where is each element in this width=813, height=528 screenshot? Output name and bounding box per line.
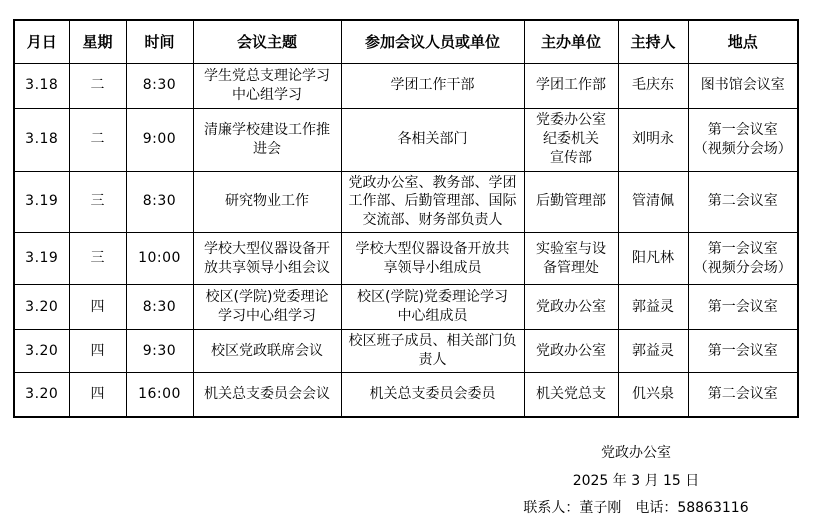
cell-weekday: 四	[69, 330, 126, 373]
cell-participants: 校区班子成员、相关部门负 责人	[341, 330, 524, 373]
cell-weekday: 四	[69, 372, 126, 417]
cell-topic: 校区党政联席会议	[193, 330, 341, 373]
cell-location: 第一会议室	[688, 285, 798, 330]
cell-time: 8:30	[126, 171, 193, 233]
cell-organizer: 党委办公室 纪委机关 宣传部	[524, 108, 618, 171]
signature-office: 党政办公室	[471, 440, 801, 468]
cell-host: 毛庆东	[618, 63, 688, 108]
cell-time: 8:30	[126, 63, 193, 108]
cell-host: 仉兴泉	[618, 372, 688, 417]
cell-time: 8:30	[126, 285, 193, 330]
cell-time: 9:30	[126, 330, 193, 373]
cell-time: 9:00	[126, 108, 193, 171]
cell-topic: 校区(学院)党委理论 学习中心组学习	[193, 285, 341, 330]
col-header-host: 主持人	[618, 20, 688, 63]
cell-weekday: 二	[69, 108, 126, 171]
cell-organizer: 学团工作部	[524, 63, 618, 108]
cell-time: 16:00	[126, 372, 193, 417]
cell-location: 第二会议室	[688, 171, 798, 233]
cell-host: 郭益灵	[618, 285, 688, 330]
cell-location: 图书馆会议室	[688, 63, 798, 108]
table-row: 3.19 三 10:00 学校大型仪器设备开 放共享领导小组会议 学校大型仪器设…	[14, 233, 798, 285]
table-row: 3.20 四 16:00 机关总支委员会会议 机关总支委员会委员 机关党总支 仉…	[14, 372, 798, 417]
cell-date: 3.19	[14, 171, 69, 233]
col-header-participants: 参加会议人员或单位	[341, 20, 524, 63]
cell-participants: 学团工作干部	[341, 63, 524, 108]
cell-host: 刘明永	[618, 108, 688, 171]
cell-weekday: 三	[69, 233, 126, 285]
cell-location: 第一会议室 （视频分会场）	[688, 233, 798, 285]
meeting-schedule-page: 月日 星期 时间 会议主题 参加会议人员或单位 主办单位 主持人 地点 3.18…	[0, 0, 813, 528]
table-row: 3.18 二 9:00 清廉学校建设工作推 进会 各相关部门 党委办公室 纪委机…	[14, 108, 798, 171]
col-header-date: 月日	[14, 20, 69, 63]
cell-participants: 机关总支委员会委员	[341, 372, 524, 417]
col-header-time: 时间	[126, 20, 193, 63]
cell-host: 阳凡林	[618, 233, 688, 285]
col-header-organizer: 主办单位	[524, 20, 618, 63]
cell-date: 3.20	[14, 330, 69, 373]
col-header-location: 地点	[688, 20, 798, 63]
cell-participants: 校区(学院)党委理论学习 中心组成员	[341, 285, 524, 330]
cell-date: 3.20	[14, 372, 69, 417]
cell-host: 管清佩	[618, 171, 688, 233]
cell-organizer: 机关党总支	[524, 372, 618, 417]
table-row: 3.20 四 9:30 校区党政联席会议 校区班子成员、相关部门负 责人 党政办…	[14, 330, 798, 373]
cell-topic: 学生党总支理论学习 中心组学习	[193, 63, 341, 108]
cell-organizer: 实验室与设 备管理处	[524, 233, 618, 285]
cell-participants: 党政办公室、教务部、学团 工作部、后勤管理部、国际 交流部、财务部负责人	[341, 171, 524, 233]
cell-participants: 学校大型仪器设备开放共 享领导小组成员	[341, 233, 524, 285]
cell-weekday: 四	[69, 285, 126, 330]
cell-weekday: 二	[69, 63, 126, 108]
header-row: 月日 星期 时间 会议主题 参加会议人员或单位 主办单位 主持人 地点	[14, 20, 798, 63]
cell-topic: 清廉学校建设工作推 进会	[193, 108, 341, 171]
cell-organizer: 党政办公室	[524, 285, 618, 330]
col-header-weekday: 星期	[69, 20, 126, 63]
signature-date: 2025 年 3 月 15 日	[471, 468, 801, 496]
meeting-schedule-table: 月日 星期 时间 会议主题 参加会议人员或单位 主办单位 主持人 地点 3.18…	[13, 19, 799, 418]
cell-participants: 各相关部门	[341, 108, 524, 171]
table-row: 3.19 三 8:30 研究物业工作 党政办公室、教务部、学团 工作部、后勤管理…	[14, 171, 798, 233]
col-header-topic: 会议主题	[193, 20, 341, 63]
cell-organizer: 后勤管理部	[524, 171, 618, 233]
signature-block: 党政办公室 2025 年 3 月 15 日 联系人：董子刚 电话：5886311…	[471, 440, 801, 523]
cell-host: 郭益灵	[618, 330, 688, 373]
cell-topic: 研究物业工作	[193, 171, 341, 233]
table-row: 3.18 二 8:30 学生党总支理论学习 中心组学习 学团工作干部 学团工作部…	[14, 63, 798, 108]
cell-date: 3.19	[14, 233, 69, 285]
cell-topic: 机关总支委员会会议	[193, 372, 341, 417]
cell-time: 10:00	[126, 233, 193, 285]
cell-location: 第二会议室	[688, 372, 798, 417]
cell-location: 第一会议室 （视频分会场）	[688, 108, 798, 171]
cell-location: 第一会议室	[688, 330, 798, 373]
table-row: 3.20 四 8:30 校区(学院)党委理论 学习中心组学习 校区(学院)党委理…	[14, 285, 798, 330]
cell-date: 3.18	[14, 108, 69, 171]
cell-weekday: 三	[69, 171, 126, 233]
signature-contact: 联系人：董子刚 电话：58863116	[471, 495, 801, 523]
cell-date: 3.20	[14, 285, 69, 330]
cell-topic: 学校大型仪器设备开 放共享领导小组会议	[193, 233, 341, 285]
cell-date: 3.18	[14, 63, 69, 108]
cell-organizer: 党政办公室	[524, 330, 618, 373]
